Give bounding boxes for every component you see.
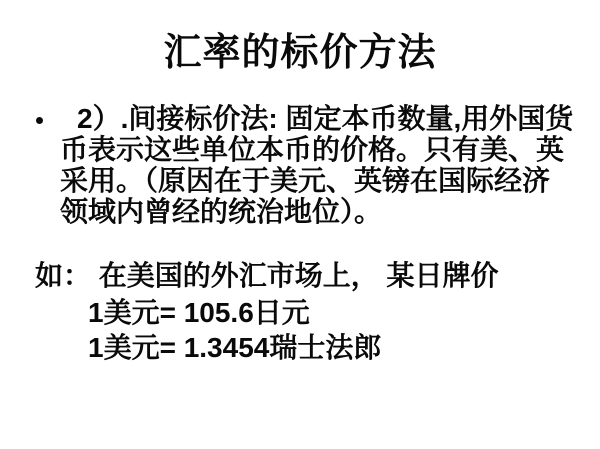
slide: 汇率的标价方法 2）.间接标价法: 固定本币数量,用外国货 币表示这些单位本币的… xyxy=(0,0,600,449)
bullet-text-line: 币表示这些单位本币的价格。只有美、英 xyxy=(60,134,582,165)
exchange-rate-jpy: 1美元= 105.6日元 xyxy=(35,295,575,330)
example-intro: 如： 在美国的外汇市场上， 某日牌价 xyxy=(35,256,575,295)
bullet-paragraph: 2）.间接标价法: 固定本币数量,用外国货 币表示这些单位本币的价格。只有美、英… xyxy=(60,103,582,227)
example-block: 如： 在美国的外汇市场上， 某日牌价 1美元= 105.6日元 1美元= 1.3… xyxy=(35,256,575,365)
bullet-icon xyxy=(36,117,43,124)
exchange-rate-chf: 1美元= 1.3454瑞士法郎 xyxy=(35,330,575,365)
slide-title: 汇率的标价方法 xyxy=(0,32,600,74)
bullet-text-line: 2）.间接标价法: 固定本币数量,用外国货 xyxy=(60,103,582,134)
bullet-text-line: 采用。（原因在于美元、英镑在国际经济 xyxy=(60,165,582,196)
bullet-text-line: 领域内曾经的统治地位）。 xyxy=(60,196,582,227)
